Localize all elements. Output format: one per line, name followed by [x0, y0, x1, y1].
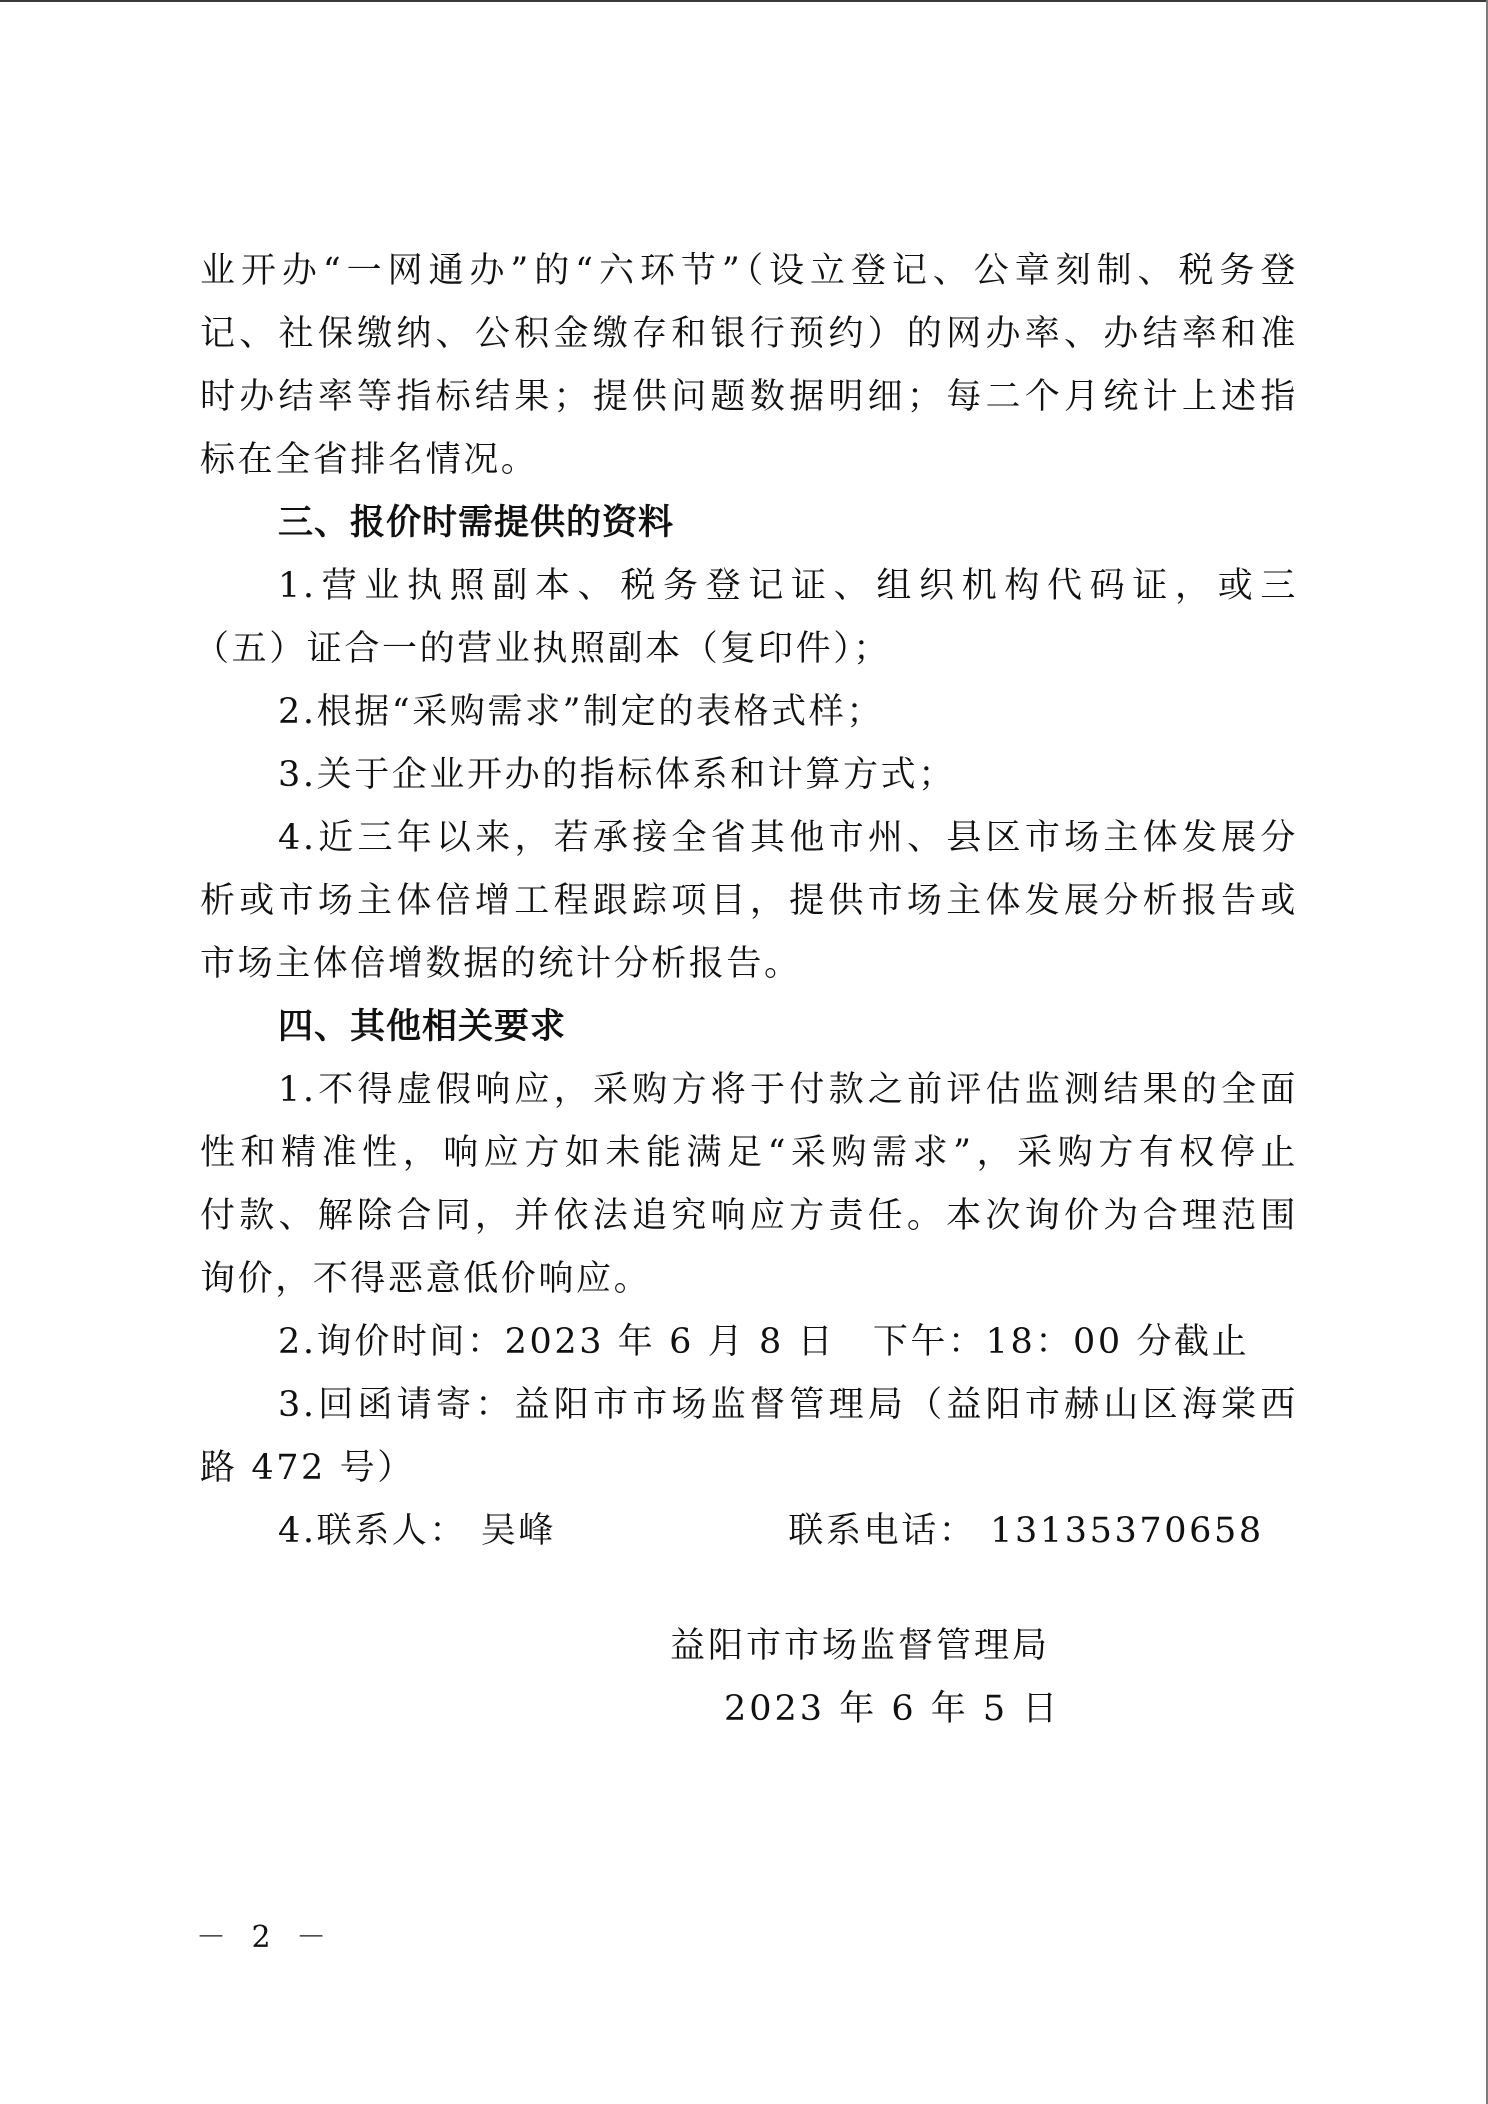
list-item-line: 性和精准性，响应方如未能满足“采购需求”，采购方有权停止 [200, 1122, 1298, 1185]
list-item-line: 1.营业执照副本、税务登记证、组织机构代码证，或三 [278, 555, 1298, 618]
section-heading-3: 三、报价时需提供的资料 [278, 492, 674, 555]
return-address-line: 路 472 号） [200, 1437, 415, 1500]
list-item-line: 1.不得虚假响应，采购方将于付款之前评估监测结果的全面 [278, 1059, 1298, 1122]
signature-organization: 益阳市市场监督管理局 [670, 1615, 1050, 1678]
list-item-line: 析或市场主体倍增工程跟踪项目，提供市场主体发展分析报告或 [200, 870, 1298, 933]
phone-number: 13135370658 [990, 1511, 1264, 1551]
page-top-edge [0, 0, 1488, 2]
paragraph-line: 记、社保缴纳、公积金缴存和银行预约）的网办率、办结率和准 [200, 303, 1298, 366]
contact-line: 4.联系人： 吴峰 联系电话： 13135370658 [278, 1500, 1264, 1563]
list-item-line: 市场主体倍增数据的统计分析报告。 [200, 933, 802, 996]
paragraph-line: 标在全省排名情况。 [200, 429, 538, 492]
list-item-line: 4.近三年以来，若承接全省其他市州、县区市场主体发展分 [278, 807, 1298, 870]
contact-label: 4.联系人： [278, 1511, 467, 1551]
return-address-line: 3.回函请寄：益阳市市场监督管理局（益阳市赫山区海棠西 [278, 1374, 1298, 1437]
signature-date: 2023 年 6 年 5 日 [724, 1678, 1060, 1741]
list-item-line: 付款、解除合同，并依法追究响应方责任。本次询价为合理范围 [200, 1185, 1298, 1248]
phone-label: 联系电话： [788, 1511, 976, 1551]
list-item-line: 2.根据“采购需求”制定的表格式样； [278, 681, 884, 744]
list-item-line: 询价，不得恶意低价响应。 [200, 1248, 651, 1311]
list-item-line: （五）证合一的营业执照副本（复印件）； [194, 618, 891, 681]
paragraph-line: 业开办“一网通办”的“六环节”（设立登记、公章刻制、税务登 [200, 240, 1298, 303]
inquiry-time: 2.询价时间：2023 年 6 月 8 日 下午：18：00 分截止 [278, 1311, 1249, 1374]
section-heading-4: 四、其他相关要求 [278, 996, 566, 1059]
list-item-line: 3.关于企业开办的指标体系和计算方式； [278, 744, 956, 807]
paragraph-line: 时办结率等指标结果；提供问题数据明细；每二个月统计上述指 [200, 366, 1298, 429]
contact-name: 吴峰 [481, 1511, 556, 1551]
page-number: － 2 － [196, 1918, 334, 1958]
